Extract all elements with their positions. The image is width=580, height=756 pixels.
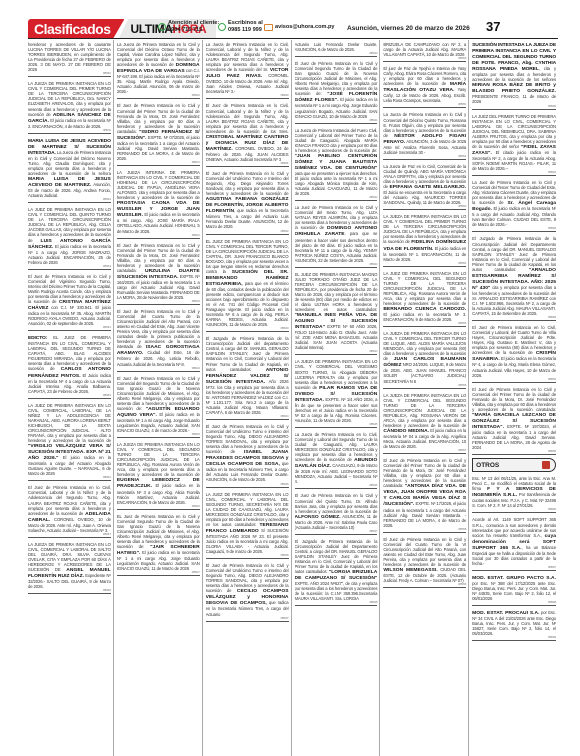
- classified-notice: El Juez de Primera Instancia en lo Civil…: [28, 272, 111, 331]
- notice-code: 085057: [383, 449, 466, 452]
- notice-code: 085051: [383, 103, 466, 106]
- header-rule: [28, 38, 558, 39]
- notice-code: 085010: [28, 72, 111, 75]
- classified-notice: LA JUEZA DE PRIMERA INSTANCIA EN LO CIVI…: [383, 391, 466, 455]
- notice-code: 085018: [28, 589, 111, 592]
- notice-code: 085056: [383, 384, 466, 387]
- classified-notice: El Juzgado de Primera Instancia de la Ci…: [295, 537, 378, 607]
- notice-code: 085013: [28, 265, 111, 268]
- notice-code: 085064: [472, 378, 556, 381]
- classified-notice: El Juez de Primera Instancia en lo Civil…: [28, 483, 111, 537]
- notice-text: EL JUEZ DE PRIMERA INSTANCIA MAGNO JULIO…: [295, 272, 378, 312]
- notice-code: 085052: [383, 155, 466, 158]
- notice-code: 085048: [295, 601, 378, 604]
- classified-notice: El Juez de Primera Instancia en lo Civil…: [472, 385, 556, 456]
- column-3: La Jueza de Primera Instancia en lo Civi…: [206, 40, 292, 756]
- notice-text-end: El Juicio se encuentra en la Secretaría …: [383, 190, 466, 205]
- notice-code: 085059: [383, 583, 466, 586]
- notice-code: 085041: [295, 119, 378, 122]
- notice-text: La Jueza de Primera Instancia del Fuero …: [295, 128, 378, 153]
- notice-text: LA JUEZ DE PRIMERA INSTANCIA EN LO CIVIL…: [383, 271, 466, 306]
- notice-code: 085050: [383, 57, 466, 60]
- notice-code: 085015: [28, 394, 111, 397]
- notice-text: LA JUEZA DE PRIMERA INSTANCIA EN LO CIVI…: [383, 393, 466, 428]
- write-us-contact: Escribinos al0985 119 999: [218, 20, 263, 33]
- classified-notice: EL Juez de Primera Instancia en lo Civil…: [117, 512, 200, 577]
- notice-code: 085068: [472, 601, 556, 604]
- notice-code: 085025: [117, 433, 200, 436]
- whatsapp-icon: [158, 23, 166, 31]
- notice-code: 085021: [117, 161, 200, 164]
- classified-notice: La Juez de Primera Instancia en lo Civil…: [472, 178, 556, 232]
- notice-code: 085012: [28, 198, 111, 201]
- notice-name: "JUAN PABLINO CENTURIÓN GÓMEZ Y JUANA BA…: [295, 154, 378, 171]
- section-label: OTROS: [476, 462, 499, 469]
- classified-notice: El Juez de Primera Instancia en lo Civil…: [117, 307, 200, 372]
- classified-notice: El Juzgado de Primera Instancia de la Ci…: [472, 234, 556, 321]
- write-phone[interactable]: 0985 119 999: [228, 27, 262, 33]
- classified-notice: El Juez de Primera Instancia en lo Civil…: [383, 535, 466, 588]
- classified-notice: El Juez de Primera Instancia en lo Civil…: [206, 422, 289, 488]
- classified-notice: EL JUEZ DE PRIMERA INSTANCIA MAGNO JULIO…: [295, 270, 378, 356]
- classified-notice: El Juez de Primera Instancia en lo Civil…: [295, 59, 378, 124]
- classified-notice: LA JUEZA INTERINA DE PRIMERA INSTANCIA E…: [117, 168, 200, 239]
- notice-code: 085022: [117, 234, 200, 237]
- classified-notice: La Jueza de Primera Instancia del Fuero …: [295, 126, 378, 202]
- notice-code: 085060: [472, 105, 556, 108]
- classified-notice: La Jueza de Primera Instancia en lo Civi…: [295, 430, 378, 489]
- notice-text: EL Juez de Primera Instancia en lo Civil…: [117, 514, 200, 549]
- classified-notice: LA JUEZA DE PRIMERA INSTANCIA EN LO CIVI…: [295, 357, 378, 428]
- classified-notice: Acorde al Art. 1149 SOFT SUPPORT 365 S.R…: [472, 515, 556, 570]
- classified-notice: Esc. Nº 13 del 06/11/25, ante la Esc. An…: [472, 474, 556, 513]
- notice-code: 085016: [28, 476, 111, 479]
- customer-service-contact: Atención al cliente:0994 715 715: [158, 20, 219, 33]
- notice-code: 085033: [206, 327, 289, 330]
- classified-notice: LA JUEZA DE PRIMERA INSTANCIA EN LO CIVI…: [383, 212, 466, 266]
- notice-text-end: por Esc. Nº 388 del 17/12/2025 ante Esc.…: [472, 581, 556, 601]
- notice-text: El Juez de Primera Instancia en lo Civil…: [117, 309, 200, 349]
- notice-text: Actuario Luis Fernando Dvelar Duarte. AS…: [295, 42, 378, 52]
- notice-code: 085055: [383, 322, 466, 325]
- notice-code: 085066: [472, 508, 556, 511]
- section-banner-otros: OTROS: [472, 458, 556, 472]
- classified-notice: El Juez de Primera Instancia en lo Civil…: [383, 456, 466, 533]
- classified-notice: LA JUEZA DE PRIMERA INSTANCIA EN LO CIVI…: [117, 440, 200, 510]
- notice-text: El Juez de Primera Instancia en lo Civil…: [206, 103, 289, 133]
- classified-notice: La Jueza de Primera Instancia en lo Civi…: [117, 40, 200, 99]
- column-2: La Jueza de Primera Instancia en lo Civi…: [117, 40, 203, 756]
- issue-date: Asunción, viernes 20 de marzo de 2026: [347, 25, 470, 32]
- notice-text-end: para que en el término de 60 días, conta…: [206, 281, 289, 327]
- notice-text: El Juzgado de Primera Instancia de la Ci…: [206, 336, 289, 371]
- notice-text: Acorde al Art. 1149 SOFT SUPPORT 365 S.R…: [472, 517, 556, 537]
- classified-notice: LA JUEZ DE PRIMERA INSTANCIA EN LO CIVIL…: [383, 269, 466, 327]
- notice-code: 085065: [472, 450, 556, 453]
- notice-code: 085043: [295, 263, 378, 266]
- notice-code: 085026: [117, 505, 200, 508]
- notice-text-end: PRESIDENTE FRANCO, 11 de Marzo de 2026: [472, 94, 556, 104]
- notice-code: 085063: [472, 316, 556, 319]
- notice-code: 085044: [295, 350, 378, 353]
- notice-code: 085011: [28, 129, 111, 132]
- classifieds-columns: herederos y acreedores de la causante LU…: [28, 40, 558, 756]
- classified-notice: LA JUEZ DE PRIMERA INSTANCIA EN LO CIVIL…: [28, 205, 111, 270]
- section-title: Clasificados: [28, 19, 124, 39]
- classified-notice: El Juez de Primera Instancia en lo Civil…: [472, 323, 556, 382]
- notice-name: MIRIAN ROSA BÁEZ DE BRITO y BLASIDO PRIE…: [472, 83, 556, 94]
- notice-code: 085054: [383, 262, 466, 265]
- classified-notice: El juez de Paz de Ypejhú e Interina de Y…: [383, 64, 466, 108]
- classified-notice: MOD. ESTAT. PROCAUI S.A. por Esc. Nº 34 …: [472, 608, 556, 641]
- notice-code: 085023: [117, 300, 200, 303]
- page-header: Clasificados ULTIMAHORA Atención al clie…: [0, 0, 580, 37]
- notice-text: BRIZUELA DE CAMPUZANO con Nº 2, a cargo …: [383, 42, 466, 57]
- notice-code: 085067: [472, 566, 556, 569]
- notice-code: 085046: [295, 484, 378, 487]
- page-number: 37: [486, 19, 500, 34]
- email-link[interactable]: avisos@uhora.com.py: [275, 24, 335, 31]
- notice-code: 085035: [206, 483, 289, 486]
- classified-notice: LA JUEZ DE PRIMERA INSTANCIA EN LO CIVIL…: [28, 401, 111, 482]
- notice-code: 085027: [117, 571, 200, 574]
- notice-code: 085058: [383, 528, 466, 531]
- notice-code: 085037: [206, 617, 289, 620]
- notice-text: herederos y acreedores de la causante LU…: [28, 42, 111, 72]
- notice-code: 085030: [206, 94, 289, 97]
- classified-notice: El Juez de Primera Instancia en lo Civil…: [117, 241, 200, 306]
- section-icon: [542, 461, 550, 469]
- classified-notice: La Jueza de Primera Instancia en lo Civi…: [383, 110, 466, 159]
- notice-code: 085069: [472, 636, 556, 639]
- mail-icon: [264, 24, 273, 31]
- notice-text: LA JUEZA DE PRIMERA INSTANCIA EN LO CIVI…: [28, 81, 111, 116]
- notice-text-end: para que se presenten a ejercer sus dere…: [295, 171, 378, 196]
- notice-code: 085014: [28, 326, 111, 329]
- classified-notice: El Juez de Primera Instancia en lo Civil…: [117, 101, 200, 166]
- attention-phone[interactable]: 0994 715 715: [168, 27, 202, 33]
- classified-notice: El Juez de Primera Instancia en lo Civil…: [206, 561, 289, 621]
- classified-notice: El Juzgado de Primera Instancia de la Ci…: [206, 334, 289, 420]
- notice-code: 085020: [117, 94, 200, 97]
- notice-code: 085047: [295, 530, 378, 533]
- notice-text: El Juez de Primera Instancia en lo Civil…: [472, 387, 556, 412]
- classified-notice: BRIZUELA DE CAMPUZANO con Nº 2, a cargo …: [383, 40, 466, 62]
- notice-text: LA JUEZA DE PRIMERA INSTANCIA EN LO CIVI…: [117, 442, 200, 477]
- classified-notice: MARIA LUISA DE JESUS ACEVEDO DE MARTINEZ…: [28, 136, 111, 204]
- notice-code: 085062: [472, 227, 556, 230]
- notice-code: 085053: [383, 205, 466, 208]
- classified-notice: EDICTO: EL JUEZ DE PRIMERA INSTANCIA EN …: [28, 333, 111, 399]
- notice-code: 085040: [295, 52, 378, 55]
- classified-notice: SUCESIÓN INTESTADA LA JUEZA DE PRIMERA I…: [472, 40, 556, 110]
- notice-text: El Juez de Primera Instancia en lo Civil…: [206, 171, 289, 196]
- notice-text: El Juez de Primera Instancia en lo Civil…: [295, 493, 378, 513]
- email-contact: avisos@uhora.com.py: [264, 24, 335, 31]
- notice-text: LA JUEZ DE PRIMERA INSTANCIA EN LO CIVIL…: [206, 492, 289, 527]
- classified-notice: La Jueza de Primera Instancia en lo Civi…: [206, 40, 289, 99]
- classified-notice: LA JUEZ DE PRIMERA INSTANCIA EN LO CIVIL…: [206, 490, 289, 560]
- classified-notice: herederos y acreedores de la causante LU…: [28, 40, 111, 77]
- notice-code: 085031: [206, 162, 289, 165]
- notice-code: 085034: [206, 415, 289, 418]
- column-1: herederos y acreedores de la causante LU…: [28, 40, 114, 756]
- classified-notice: El Juez de Primera Instancia en lo Civil…: [295, 491, 378, 534]
- notice-code: 085032: [206, 230, 289, 233]
- notice-code: 085045: [295, 423, 378, 426]
- notice-code: 085017: [28, 533, 111, 536]
- notice-text: El Juez de Primera Instancia en lo Civil…: [383, 537, 466, 567]
- notice-code: 085024: [117, 367, 200, 370]
- notice-text-end: EXPTE. AÑO 2024 Nº627", de cita y emplaz…: [295, 581, 378, 601]
- notice-text-end: El juicio radica en la secretaría Nº 3. …: [383, 312, 466, 322]
- classified-notice: EL JUEZ DE PRIMERA INSTANCIA EN LO CIVIL…: [206, 237, 289, 333]
- notice-text: El Juzgado de Primera Instancia de la Ci…: [472, 236, 556, 271]
- classified-notice: La Jueza de Paz en lo Civil, Comercial d…: [383, 162, 466, 210]
- classified-notice: LA JUEZA DE PRIMERA INSTANCIA EN LO CIVI…: [383, 329, 466, 388]
- classified-notice: LA JUEZA DE PRIMERA INSTANCIA EN LO CIVI…: [28, 540, 111, 594]
- whatsapp-icon: [218, 23, 226, 31]
- notice-code: 085036: [206, 554, 289, 557]
- classified-notice: Actuario Luis Fernando Dvelar Duarte. AS…: [295, 40, 378, 57]
- notice-text: El Juzgado de Primera Instancia de la Ci…: [295, 539, 378, 574]
- notice-text: LA JUEZ DE PRIMERA INSTANCIA EN LO CIVIL…: [28, 207, 111, 242]
- notice-text: EL JUEZ DE PRIMERA INSTANCIA EN LO CIVIL…: [206, 239, 289, 274]
- notice-text-end: Año 2026 Nº72. los Cita y emplaza por se…: [206, 379, 289, 415]
- notice-text: LA JUEZ DE PRIMERA INSTANCIA EN LO CIVIL…: [28, 403, 111, 443]
- classified-notice: LA JUEZA DE PRIMERA INSTANCIA EN LO CIVI…: [28, 79, 111, 133]
- notice-text: LA JUEZ DEL PRIMER TURNO DE PRIMERA INST…: [472, 114, 556, 149]
- notice-text: LA JUEZA INTERINA DE PRIMERA INSTANCIA E…: [117, 170, 200, 200]
- classified-notice: MOD. ESTAT. GRUPO PACTO S.A. por Esc. Nº…: [472, 573, 556, 606]
- column-6: SUCESIÓN INTESTADA LA JUEZA DE PRIMERA I…: [472, 40, 558, 756]
- column-4: Actuario Luis Fernando Dvelar Duarte. AS…: [295, 40, 381, 756]
- classified-notice: La Juez de Primera Instancia en lo Civil…: [295, 203, 378, 268]
- classified-notice: El Juez de Primera Instancia en lo Civil…: [206, 101, 289, 167]
- notice-text: El Juez de Primera Instancia en lo Civil…: [117, 376, 200, 411]
- classified-notice: LA JUEZ DEL PRIMER TURNO DE PRIMERA INST…: [472, 112, 556, 177]
- notice-code: 085061: [472, 171, 556, 174]
- classified-notice: El Juez de Primera Instancia en lo Civil…: [206, 169, 289, 235]
- classified-notice: El Juez de Primera Instancia en lo Civil…: [117, 374, 200, 439]
- notice-code: 085042: [295, 196, 378, 199]
- column-5: BRIZUELA DE CAMPUZANO con Nº 2, a cargo …: [383, 40, 469, 756]
